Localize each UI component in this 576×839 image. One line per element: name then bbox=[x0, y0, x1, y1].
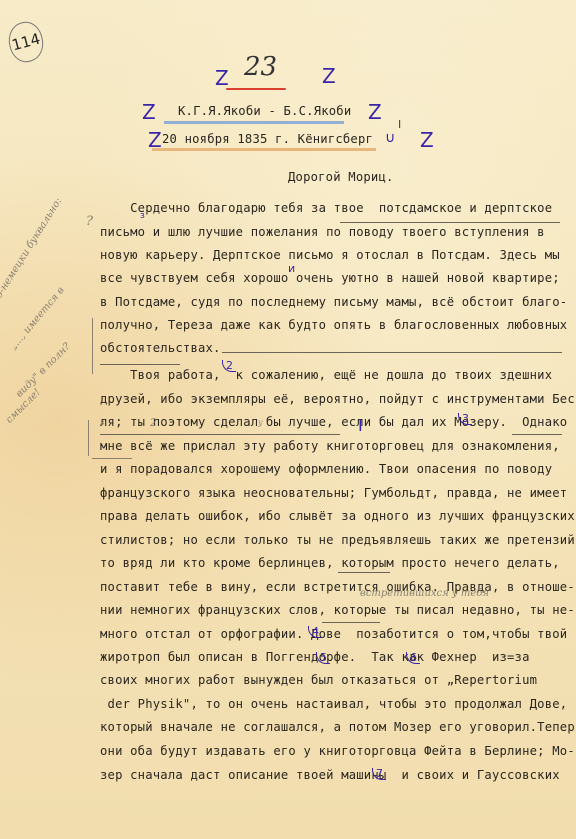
letter-line: все чувствуем себя хорошо очень уютно в … bbox=[100, 271, 560, 285]
margin-question: ? bbox=[86, 214, 93, 229]
letter-line: права делать ошибок, ибо слывёт за одног… bbox=[100, 509, 575, 523]
orange-highlight bbox=[152, 148, 376, 151]
letter-line: друзей, ибо экземпляры её, вероятно, пой… bbox=[100, 392, 576, 406]
margin-bracket bbox=[92, 318, 93, 374]
letter-line: обстоятельствах. bbox=[100, 341, 221, 355]
pencil-number: 2 bbox=[150, 416, 157, 429]
letter-line: стилистов; но если только ты не предъявл… bbox=[100, 533, 576, 547]
insert-mark: I bbox=[358, 416, 363, 435]
letter-line: поставит тебе в вину, если встретится ош… bbox=[100, 580, 575, 594]
document-number: 23 bbox=[244, 52, 277, 82]
pencil-underline bbox=[100, 434, 340, 435]
letter-line: то вряд ли кто кроме берлинцев, которым … bbox=[100, 556, 560, 570]
red-underline bbox=[226, 88, 286, 90]
correspondents: К.Г.Я.Якоби - Б.С.Якоби bbox=[178, 104, 351, 118]
pencil-underline bbox=[338, 572, 390, 573]
letter-line: новую карьеру. Дерптское письмо я отосла… bbox=[100, 248, 560, 262]
letter-line: мне всё же прислал эту работу книготорго… bbox=[100, 439, 560, 453]
editor-mark-z: Z bbox=[420, 128, 434, 152]
letter-line: в Потсдаме, судя по последнему письму ма… bbox=[100, 295, 567, 309]
letter-line: нии немногих французских слов, которые т… bbox=[100, 603, 575, 617]
salutation: Дорогой Мориц. bbox=[288, 170, 394, 184]
letter-line: der Physik", то он очень настаивал, чтоб… bbox=[100, 697, 567, 711]
pencil-underline bbox=[222, 352, 562, 353]
interlinear-note: встретившихся у тебя bbox=[360, 588, 489, 599]
pencil-number: з bbox=[100, 418, 104, 427]
editor-mark-z: Z bbox=[215, 66, 229, 90]
blue-highlight bbox=[164, 121, 344, 124]
date-place: 20 ноября 1835 г. Кёнигсберг bbox=[162, 132, 373, 146]
letter-line: они оба будут издавать его у книготоргов… bbox=[100, 744, 575, 758]
letter-line: французского языка неосновательны; Гумбо… bbox=[100, 486, 567, 500]
pencil-number: у bbox=[258, 418, 263, 427]
insert-mark: и bbox=[288, 262, 295, 275]
margin-bracket bbox=[88, 420, 89, 456]
letter-line: много отстал от орфографии. Дове позабот… bbox=[100, 627, 567, 641]
pencil-underline bbox=[512, 434, 562, 435]
letter-line: жиротроп был описан в Поггендорфе. Так к… bbox=[100, 650, 530, 664]
bracket-mark: ∪ bbox=[385, 130, 395, 146]
editor-mark-z: Z bbox=[322, 64, 336, 88]
margin-line bbox=[92, 458, 132, 459]
letter-line: получно, Тереза даже как будто опять в б… bbox=[100, 318, 567, 332]
editor-mark-z: Z bbox=[368, 100, 382, 124]
editor-mark-i: I bbox=[398, 118, 401, 131]
insert-mark: з bbox=[140, 211, 145, 221]
letter-line: Твоя работа, к сожалению, ещё не дошла д… bbox=[100, 368, 552, 382]
letter-line: своих многих работ вынужден был отказать… bbox=[100, 673, 537, 687]
letter-line: Сердечно благодарю тебя за твое потсдамс… bbox=[100, 201, 552, 215]
letter-line: и я порадовался хорошему оформлению. Тво… bbox=[100, 462, 552, 476]
letter-line: письмо и шлю лучшие пожелания по поводу … bbox=[100, 225, 545, 239]
letter-line: ля; ты поэтому сделал бы лучше, если бы … bbox=[100, 415, 567, 429]
editor-mark-z: Z bbox=[142, 100, 156, 124]
letter-line: который вначале не соглашался, а потом М… bbox=[100, 720, 576, 734]
pencil-underline bbox=[340, 222, 560, 223]
pencil-underline bbox=[100, 364, 180, 365]
letter-line: зер сначала даст описание твоей машины и… bbox=[100, 768, 560, 782]
pencil-underline bbox=[322, 622, 380, 623]
